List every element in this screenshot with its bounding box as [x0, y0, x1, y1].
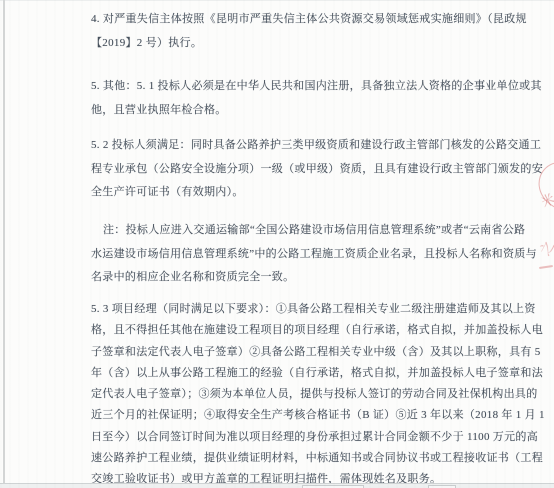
text-line: 近三个月的社保证明；④取得安全生产考核合格证书（B 证）⑤近 3 年以来（201… [91, 405, 543, 426]
page-left-edge [3, 0, 5, 488]
text-line: 4. 对严重失信主体按照《昆明市严重失信主体公共资源交易领域惩戒实施细则》（昆政… [91, 8, 543, 32]
text-line: 程专业承包（公路安全设施分项）一级（或甲级）资质，且具有建设行政主管部门颁发的安 [91, 158, 543, 182]
clause-5-other-paragraph: 5. 其他：5. 1 投标人必须是在中华人民共和国内注册，具备独立法人资格的企事… [91, 75, 543, 122]
text-line: 子签章和法定代表人电子签章）②具备公路工程相关专业中级（含）及其以上职称，具有 … [91, 342, 543, 363]
cutoff-ghost-box [428, 485, 456, 488]
text-line: 速公路养护工程业绩，提供业绩证明材料，中标通知书或合同协议书或工程接收证书（工程 [91, 448, 543, 469]
note-paragraph: 注：投标人应进入交通运输部“全国公路建设市场信用信息管理系统”或者“云南省公路 … [91, 219, 543, 290]
text-line: 注：投标人应进入交通运输部“全国公路建设市场信用信息管理系统”或者“云南省公路 [91, 219, 543, 243]
text-line: 全生产许可证书（有效期内）。 [91, 181, 543, 205]
text-line: 年（含）以上从事公路工程施工的经验（自行承诺，格式自拟，并加盖投标人电子签章和法 [91, 363, 543, 384]
text-line: 5. 其他：5. 1 投标人必须是在中华人民共和国内注册，具备独立法人资格的企事… [91, 75, 543, 99]
cutoff-ghost-box [302, 485, 364, 488]
text-line: 【2019】2 号）执行。 [91, 32, 543, 56]
text-line: 格，且不得担任其他在施建设工程项目的项目经理（自行承诺，格式自拟，并加盖投标人电 [91, 320, 543, 341]
text-line: 他，且营业执照年检合格。 [91, 99, 543, 123]
clause-4-paragraph: 4. 对严重失信主体按照《昆明市严重失信主体公共资源交易领域惩戒实施细则》（昆政… [91, 8, 543, 55]
clause-5-2-paragraph: 5. 2 投标人须满足：同时具备公路养护三类甲级资质和建设行政主管部门核发的公路… [91, 134, 543, 205]
text-line: 定代表人电子签章）；③须为本单位人员，提供与投标人签订的劳动合同及社保机构出具的 [91, 384, 543, 405]
page-bottom-cutoff-edge [0, 483, 554, 488]
text-line: 5. 2 投标人须满足：同时具备公路养护三类甲级资质和建设行政主管部门核发的公路… [91, 134, 543, 158]
text-line: 日至今）以合同签订时间为准以项目经理的身份承担过累计合同金额不少于 1100 万… [91, 427, 543, 448]
clause-5-3-paragraph: 5. 3 项目经理（同时满足以下要求）：①具备公路工程相关专业二级注册建造师及其… [91, 299, 543, 488]
scanned-document-page: 4. 对严重失信主体按照《昆明市严重失信主体公共资源交易领域惩戒实施细则》（昆政… [0, 0, 554, 488]
page-top-edge [0, 0, 554, 1]
text-line: 名录中的相应企业名称和资质完全一致。 [91, 266, 543, 290]
text-line: 水运建设市场信用信息管理系统”中的公路工程施工资质企业名录，且投标人名称和资质与 [91, 243, 543, 267]
text-line: 5. 3 项目经理（同时满足以下要求）：①具备公路工程相关专业二级注册建造师及其… [91, 299, 543, 320]
